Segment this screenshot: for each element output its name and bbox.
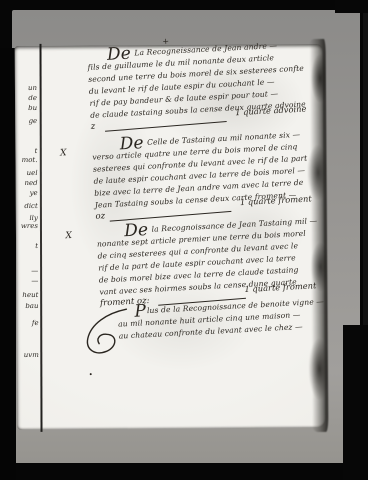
manuscript-page: un de bu ge t mot. uel ned ye dict lly w… [15,44,326,430]
register-entry-4: Plus de la Recognoissance de benoite vig… [100,296,332,344]
register-entry-2: De Celle de Tastaing au mil nonante six … [91,128,325,227]
ink-spot [90,373,92,375]
scan-border-right-lower [343,325,368,480]
margin-x-mark: X [60,149,67,158]
handwritten-text-layer: + X X De La Recogneissance de Jean andre… [7,32,335,432]
tail-rule-line [105,121,227,132]
margin-x-mark: X [65,232,72,241]
tail-flourish: z [91,122,96,132]
scan-border-top-right [335,0,368,13]
scan-border-right [363,13,368,325]
tail-flourish: oz [95,212,105,222]
scanned-manuscript: un de bu ge t mot. uel ned ye dict lly w… [0,0,368,480]
register-entry-1: De La Recogneissance de Jean andre — fil… [87,38,321,137]
